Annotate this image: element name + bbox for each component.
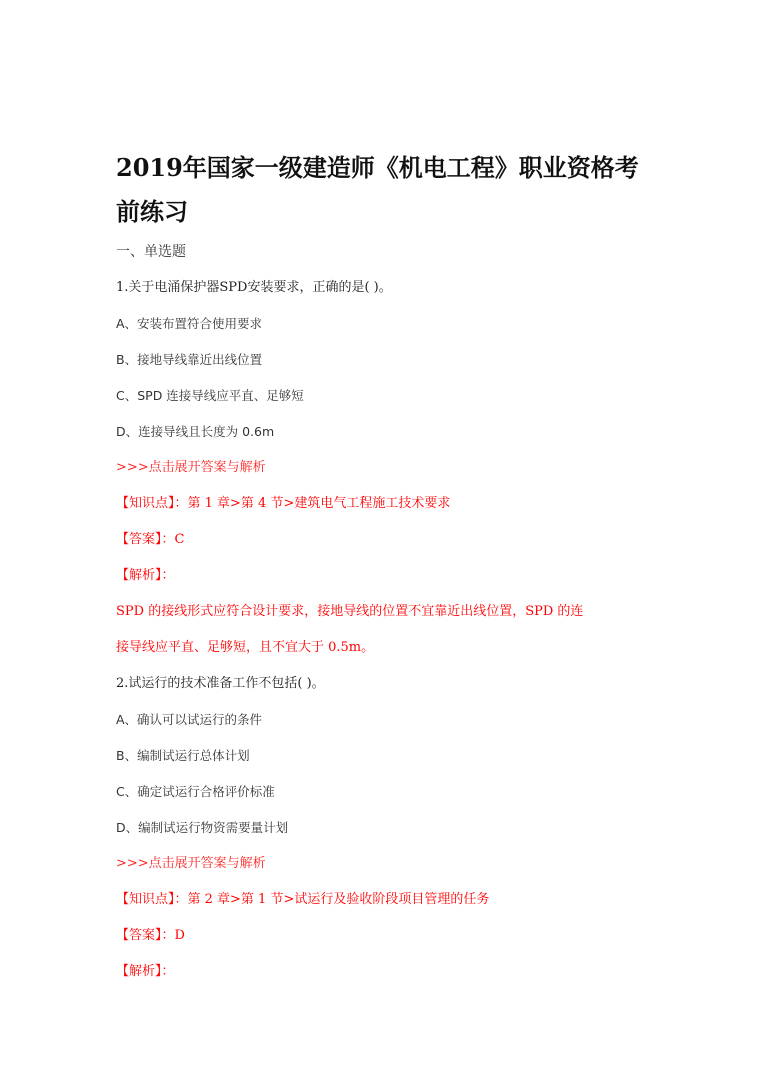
question-1-knowledge-point: 【知识点】：第 1 章>第 4 节>建筑电气工程施工技术要求 (116, 495, 450, 513)
document-title: 2019年国家一级建造师《机电工程》职业资格考前练习 (116, 146, 656, 234)
question-2-option-d: D、编制试运行物资需要量计划 (116, 819, 288, 837)
question-1-answer: 【答案】：C (116, 531, 184, 549)
question-1-analysis-line-1: SPD 的接线形式应符合设计要求，接地导线的位置不宜靠近出线位置，SPD 的连 (116, 603, 583, 621)
question-1-stem: 1.关于电涌保护器SPD安装要求，正确的是( )。 (116, 279, 392, 297)
question-2-option-a: A、确认可以试运行的条件 (116, 711, 262, 729)
question-2-option-b: B、编制试运行总体计划 (116, 747, 250, 765)
question-2-knowledge-point: 【知识点】：第 2 章>第 1 节>试运行及验收阶段项目管理的任务 (116, 891, 489, 909)
question-2-answer: 【答案】：D (116, 927, 185, 945)
question-2-option-c: C、确定试运行合格评价标准 (116, 783, 275, 801)
question-1-option-c: C、SPD 连接导线应平直、足够短 (116, 387, 304, 405)
question-1-expand-link[interactable]: >>>点击展开答案与解析 (116, 459, 266, 477)
question-1-option-d: D、连接导线且长度为 0.6m (116, 423, 274, 441)
question-2-expand-link[interactable]: >>>点击展开答案与解析 (116, 855, 266, 873)
question-1-option-a: A、安装布置符合使用要求 (116, 315, 262, 333)
question-1-analysis-label: 【解析】： (116, 567, 175, 585)
section-heading: 一、单选题 (116, 243, 186, 261)
question-2-stem: 2.试运行的技术准备工作不包括( )。 (116, 675, 325, 693)
question-2-analysis-label: 【解析】： (116, 963, 175, 981)
question-1-analysis-line-2: 接导线应平直、足够短，且不宜大于 0.5m。 (116, 639, 374, 657)
question-1-option-b: B、接地导线靠近出线位置 (116, 351, 262, 369)
